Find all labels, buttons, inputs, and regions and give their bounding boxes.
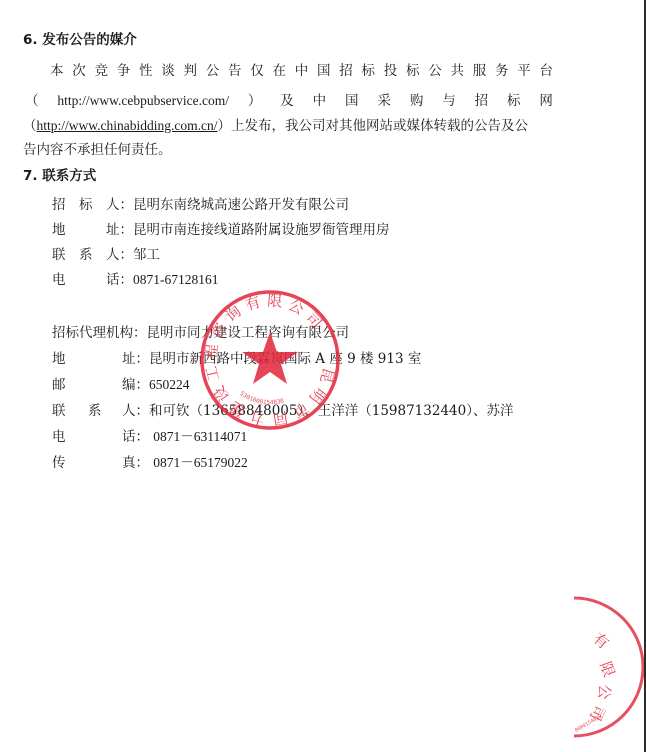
paragraph-char: 中 bbox=[313, 92, 327, 110]
paragraph-char: ） bbox=[248, 92, 262, 110]
paragraph-char: 服 bbox=[473, 62, 487, 80]
agency-contact-label-m: 系 bbox=[88, 402, 122, 420]
paragraph-char: 公 bbox=[428, 62, 442, 80]
chinabidding-link[interactable]: http://www.chinabidding.com.cn/ bbox=[37, 118, 218, 133]
agency-address-label-b: 址： bbox=[122, 351, 149, 367]
agency-postcode-label-a: 邮 bbox=[52, 376, 122, 394]
agency-fax-row: 传真： 0871－65179022 bbox=[52, 454, 248, 472]
paragraph-char: 及 bbox=[280, 92, 294, 110]
paren-open: （ bbox=[23, 118, 37, 134]
agency-fax-label-a: 传 bbox=[52, 454, 122, 472]
tenderer-name-label: 招 标 人： bbox=[52, 196, 133, 214]
cebpubservice-link[interactable]: http://www.cebpubservice.com/ bbox=[57, 92, 229, 110]
paragraph-char: 在 bbox=[273, 62, 287, 80]
tenderer-address-value: 昆明市南连接线道路附属设施罗衙管理用房 bbox=[133, 222, 390, 238]
partial-seal-stamp: 有 限 公 司 0000154830 bbox=[570, 592, 644, 742]
section-6-paragraph-line-1: 本次竞争性谈判公告仅在中国招标投标公共服务平台 bbox=[50, 62, 553, 80]
agency-phone-row: 电话： 0871－63114071 bbox=[52, 428, 247, 446]
agency-name-row: 招标代理机构：昆明市同力建设工程咨询有限公司 bbox=[52, 324, 349, 342]
agency-phone-label-b: 话： bbox=[122, 429, 149, 445]
tenderer-phone-row: 电 话：0871-67128161 bbox=[52, 271, 219, 289]
paragraph-char: 判 bbox=[184, 62, 198, 80]
paragraph-text: ）上发布，我公司对其他网站或媒体转载的公告及公 bbox=[217, 118, 528, 134]
paragraph-char: 谈 bbox=[161, 62, 175, 80]
agency-postcode-row: 邮编：650224 bbox=[52, 376, 190, 394]
paragraph-char: 告 bbox=[228, 62, 242, 80]
paragraph-char: 性 bbox=[139, 62, 153, 80]
paragraph-char: 标 bbox=[507, 92, 521, 110]
paragraph-char: 竞 bbox=[95, 62, 109, 80]
paragraph-char: 标 bbox=[362, 62, 376, 80]
paragraph-char: 务 bbox=[495, 62, 509, 80]
paragraph-char: 公 bbox=[206, 62, 220, 80]
paragraph-char: 标 bbox=[406, 62, 420, 80]
section-6-paragraph-line-4: 告内容不承担任何责任。 bbox=[23, 141, 172, 159]
agency-fax-value: 0871－65179022 bbox=[153, 455, 248, 470]
paragraph-char: 中 bbox=[295, 62, 309, 80]
agency-phone-label-a: 电 bbox=[52, 428, 122, 446]
paragraph-char: 本 bbox=[50, 62, 64, 80]
agency-postcode-value: 650224 bbox=[149, 377, 190, 392]
tenderer-contact-value: 邹工 bbox=[133, 247, 160, 263]
svg-text:司: 司 bbox=[586, 702, 609, 723]
paragraph-char: 争 bbox=[117, 62, 131, 80]
tenderer-contact-label: 联 系 人： bbox=[52, 246, 133, 264]
paragraph-char: 与 bbox=[442, 92, 456, 110]
section-6-heading: 6. 发布公告的媒介 bbox=[23, 31, 137, 49]
paragraph-char: 网 bbox=[539, 92, 553, 110]
paragraph-char: 购 bbox=[410, 92, 424, 110]
paragraph-char: 国 bbox=[345, 92, 359, 110]
agency-name-value: 昆明市同力建设工程咨询有限公司 bbox=[147, 325, 350, 341]
section-7-heading: 7. 联系方式 bbox=[23, 167, 96, 185]
paragraph-char: 共 bbox=[451, 62, 465, 80]
agency-address-label-a: 地 bbox=[52, 350, 122, 368]
svg-text:限: 限 bbox=[596, 659, 618, 679]
agency-contact-row: 联系人：和可钦（13658848005）、王洋洋（15987132440）、苏洋 bbox=[52, 402, 513, 420]
paragraph-char: 招 bbox=[475, 92, 489, 110]
agency-address-row: 地址：昆明市新西路中段霖岚国际 A 座 9 楼 913 室 bbox=[52, 350, 421, 368]
tenderer-phone-value: 0871-67128161 bbox=[133, 272, 219, 287]
agency-name-label: 招标代理机构： bbox=[52, 325, 147, 341]
tenderer-phone-label: 电 话： bbox=[52, 271, 133, 289]
tenderer-address-row: 地 址：昆明市南连接线道路附属设施罗衙管理用房 bbox=[52, 221, 390, 239]
tenderer-name-row: 招 标 人：昆明东南绕城高速公路开发有限公司 bbox=[52, 196, 349, 214]
agency-address-value: 昆明市新西路中段霖岚国际 A 座 9 楼 913 室 bbox=[149, 351, 421, 367]
svg-text:公: 公 bbox=[595, 684, 614, 701]
paragraph-char: 国 bbox=[317, 62, 331, 80]
agency-phone-value: 0871－63114071 bbox=[153, 429, 247, 444]
paragraph-char: 次 bbox=[72, 62, 86, 80]
paragraph-char: 台 bbox=[540, 62, 554, 80]
tenderer-address-label: 地 址： bbox=[52, 221, 133, 239]
paragraph-char: 招 bbox=[339, 62, 353, 80]
agency-contact-label-b: 人： bbox=[122, 403, 149, 419]
paragraph-char: 投 bbox=[384, 62, 398, 80]
tenderer-name-value: 昆明东南绕城高速公路开发有限公司 bbox=[133, 197, 349, 213]
section-6-paragraph-line-2: （http://www.cebpubservice.com/）及中国采购与招标网 bbox=[25, 92, 553, 110]
paragraph-char: 仅 bbox=[250, 62, 264, 80]
agency-fax-label-b: 真： bbox=[122, 455, 149, 471]
section-6-paragraph-line-3: （http://www.chinabidding.com.cn/）上发布，我公司… bbox=[23, 117, 528, 135]
agency-contact-value: 和可钦（13658848005）、王洋洋（15987132440）、苏洋 bbox=[149, 403, 513, 419]
svg-text:0000154830: 0000154830 bbox=[574, 713, 603, 733]
tenderer-contact-row: 联 系 人：邹工 bbox=[52, 246, 160, 264]
agency-contact-label-a: 联 bbox=[52, 402, 88, 420]
agency-postcode-label-b: 编： bbox=[122, 377, 149, 393]
paragraph-char: 采 bbox=[377, 92, 391, 110]
svg-text:有: 有 bbox=[589, 629, 612, 652]
paragraph-char: （ bbox=[25, 92, 39, 110]
paragraph-char: 平 bbox=[517, 62, 531, 80]
